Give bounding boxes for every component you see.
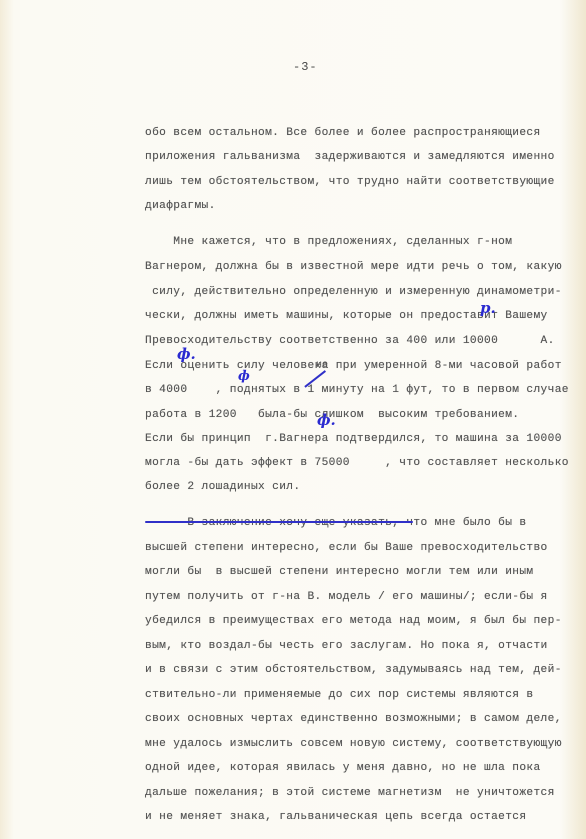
text-line: убедился в преимуществах его метода над … <box>145 615 562 627</box>
text-line: Вагнером, должна бы в известной мере идт… <box>145 261 562 273</box>
text-line: приложения гальванизма задерживаются и з… <box>145 151 555 163</box>
text-line: вым, кто воздал-бы честь его заслугам. Н… <box>145 640 548 652</box>
text-line: Мне кажется, что в предложениях, сделанн… <box>145 236 512 248</box>
strikethrough-line <box>145 521 413 523</box>
text-line: в 4000 , поднятых в 1 минуту на 1 фут, т… <box>145 384 569 396</box>
text-line: и не меняет знака, гальваническая цепь в… <box>145 811 526 823</box>
text-line: диафрагмы. <box>145 200 216 212</box>
text-line: Если бы принцип г.Вагнера подтвердился, … <box>145 433 562 445</box>
inserted-word-ne: не <box>316 360 328 371</box>
text-line: обо всем остальном. Все более и более ра… <box>145 127 541 139</box>
handwritten-pounds: ф. <box>177 345 196 363</box>
text-line: могла -бы дать эффект в 75000 , что сост… <box>145 457 569 469</box>
handwritten-pounds: ф. <box>317 411 336 429</box>
text-line: лишь тем обстоятельством, что трудно най… <box>145 176 555 188</box>
text-line: мне удалось измыслить совсем новую систе… <box>145 738 562 750</box>
text-line: ствительно-ли применяемые до сих пор сис… <box>145 689 534 701</box>
text-line: Если оценить силу человека при умеренной… <box>145 360 562 372</box>
text-line: более 2 лошадиных сил. <box>145 481 300 493</box>
text-line: путем получить от г-на В. модель / его м… <box>145 591 548 603</box>
text-line: одной идее, которая явилась у меня давно… <box>145 762 541 774</box>
text-line: В заключение хочу еще указать, что мне б… <box>145 517 526 529</box>
text-line: Превосходительству соответственно за 400… <box>145 335 555 347</box>
text-line: дальше пожелания; в этой системе магнети… <box>145 787 555 799</box>
handwritten-rubles: р. <box>480 299 496 317</box>
text-line: могли бы в высшей степени интересно могл… <box>145 566 534 578</box>
document-page: -3- обо всем остальном. Все более и боле… <box>0 0 586 839</box>
text-line: своих основных чертах единственно возмож… <box>145 713 562 725</box>
handwritten-pounds: ф <box>238 369 250 384</box>
text-line: и в связи с этим обстоятельством, задумы… <box>145 664 562 676</box>
page-number: -3- <box>293 60 318 74</box>
text-line: силу, действительно определенную и измер… <box>145 286 562 298</box>
text-line: высшей степени интересно, если бы Ваше п… <box>145 542 548 554</box>
